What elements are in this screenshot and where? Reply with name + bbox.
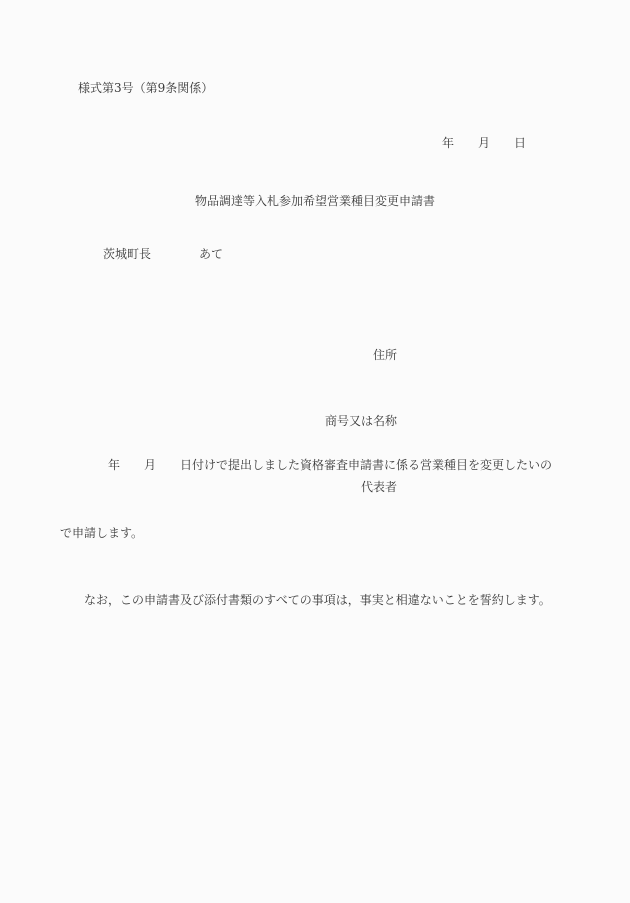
body-line-1: 年 月 日付けで提出しました資格審査申請書に係る営業種目を変更したいの [60, 454, 552, 477]
body-line-3: なお，この申請書及び添付書類のすべての事項は，事実と相違ないことを誓約します。 [60, 589, 552, 612]
body-paragraph: 年 月 日付けで提出しました資格審査申請書に係る営業種目を変更したいの で申請し… [60, 409, 552, 657]
document-page: 様式第3号（第9条関係） 年 月 日 物品調達等入札参加希望営業種目変更申請書 … [0, 0, 630, 903]
document-title: 物品調達等入札参加希望営業種目変更申請書 [0, 195, 630, 207]
body-line-2: で申請します。 [60, 522, 552, 545]
date-line: 年 月 日 [442, 137, 526, 149]
addressee-line: 茨城町長 あて [103, 248, 223, 260]
form-number: 様式第3号（第9条関係） [78, 82, 213, 94]
applicant-field-address: 住所 [325, 344, 397, 366]
